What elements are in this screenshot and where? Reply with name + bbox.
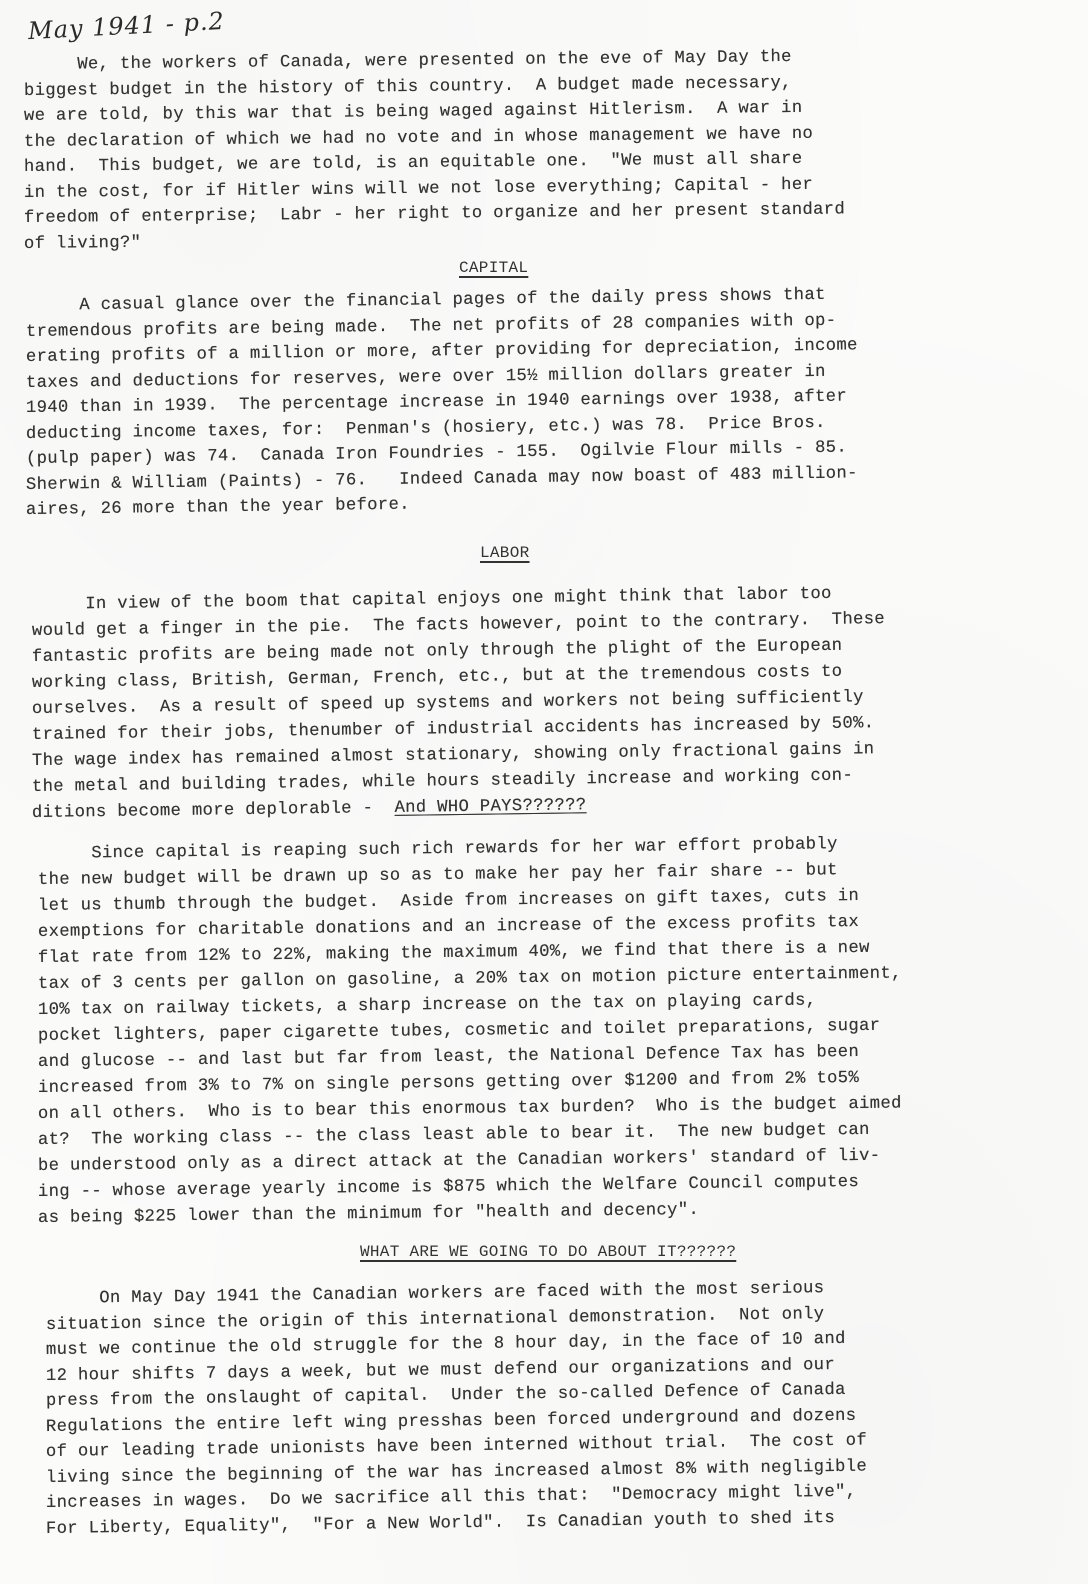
text-line: For Liberty, Equality", "For a New World… — [46, 1508, 835, 1538]
text-line: freedom of enterprise; Labr - her right … — [24, 200, 845, 228]
text-line: as being $225 lower than the minimum for… — [38, 1201, 699, 1228]
text-line: of living?" — [24, 233, 142, 253]
text-line: We, the workers of Canada, were presente… — [24, 48, 792, 75]
text-line: be understood only as a direct attack at… — [38, 1147, 881, 1176]
text-line: biggest budget in the history of this co… — [24, 73, 792, 100]
text-line: 12 hour shifts 7 days a week, but we mus… — [46, 1355, 835, 1385]
text-line: Regulations the entire left wing pressha… — [46, 1406, 857, 1436]
text-line: on all others. Who is to bear this enorm… — [38, 1094, 902, 1124]
section-heading-capital: CAPITAL — [459, 259, 528, 277]
text-line: situation since the origin of this inter… — [46, 1305, 825, 1335]
text-line: and glucose -- and last but far from lea… — [38, 1043, 859, 1072]
text-line: On May Day 1941 the Canadian workers are… — [46, 1279, 825, 1309]
text-line: increased from 3% to 7% on single person… — [38, 1069, 859, 1098]
text-line: ing -- whose average yearly income is $8… — [38, 1173, 859, 1202]
text-line: let us thumb through the budget. Aside f… — [38, 887, 859, 916]
text-line: 1940 than in 1939. The percentage increa… — [26, 388, 847, 418]
text-line: Since capital is reaping such rich rewar… — [38, 835, 838, 864]
text-line: hand. This budget, we are told, is an eq… — [24, 150, 803, 177]
text-line: the metal and building trades, while hou… — [32, 767, 853, 797]
handwritten-page-note: May 1941 - p.2 — [27, 7, 225, 45]
text-line: A casual glance over the financial pages… — [26, 286, 826, 316]
text-line: of our leading trade unionists have been… — [46, 1432, 867, 1462]
section-heading-labor: LABOR — [480, 544, 530, 562]
text-line: taxes and deductions for reserves, were … — [26, 362, 826, 392]
text-line: erating profits of a million or more, af… — [26, 336, 858, 367]
text-line: ourselves. As a result of speed up syste… — [32, 688, 864, 719]
text-line: fantastic profits are being made not onl… — [32, 637, 843, 667]
text-line: in the cost, for if Hitler wins will we … — [24, 175, 813, 202]
text-line: at? The working class -- the class least… — [38, 1121, 870, 1150]
text-line: In view of the boom that capital enjoys … — [32, 585, 832, 615]
text-line: must we continue the old struggle for th… — [46, 1330, 846, 1360]
text-line: aires, 26 more than the year before. — [26, 496, 410, 520]
text-line: press from the onslaught of capital. Und… — [46, 1381, 846, 1411]
text-line: tremendous profits are being made. The n… — [26, 311, 837, 341]
text-line: the declaration of which we had no vote … — [24, 124, 813, 151]
text-line: flat rate from 12% to 22%, making the ma… — [38, 939, 870, 968]
text-line: would get a finger in the pie. The facts… — [32, 610, 885, 641]
text-line: trained for their jobs, thenumber of ind… — [32, 714, 875, 745]
text-line: (pulp paper) was 74. Canada Iron Foundri… — [26, 439, 847, 469]
text-line: working class, British, German, French, … — [32, 663, 843, 693]
text-line: the new budget will be drawn up so as to… — [38, 861, 838, 890]
text-line: living since the beginning of the war ha… — [46, 1457, 867, 1487]
text-line: we are told, by this war that is being w… — [24, 99, 803, 126]
text-line: pocket lighters, paper cigarette tubes, … — [38, 1017, 881, 1046]
text-line: 10% tax on railway tickets, a sharp incr… — [38, 991, 817, 1020]
text-line: exemptions for charitable donations and … — [38, 913, 859, 942]
text-line: deducting income taxes, for: Penman's (h… — [26, 413, 826, 443]
text-line: increases in wages. Do we sacrifice all … — [46, 1483, 857, 1513]
text-line: Sherwin & William (Paints) - 76. Indeed … — [26, 464, 858, 495]
text-line: tax of 3 cents per gallon on gasoline, a… — [38, 964, 902, 994]
who-pays-emphasis: And WHO PAYS?????? — [394, 796, 586, 818]
text-line: ditions become more deplorable - And WHO… — [32, 796, 587, 823]
text-line: The wage index has remained almost stati… — [32, 740, 875, 771]
section-heading-action: WHAT ARE WE GOING TO DO ABOUT IT?????? — [360, 1243, 736, 1261]
document-page: May 1941 - p.2 We, the workers of Canada… — [0, 0, 1088, 1584]
